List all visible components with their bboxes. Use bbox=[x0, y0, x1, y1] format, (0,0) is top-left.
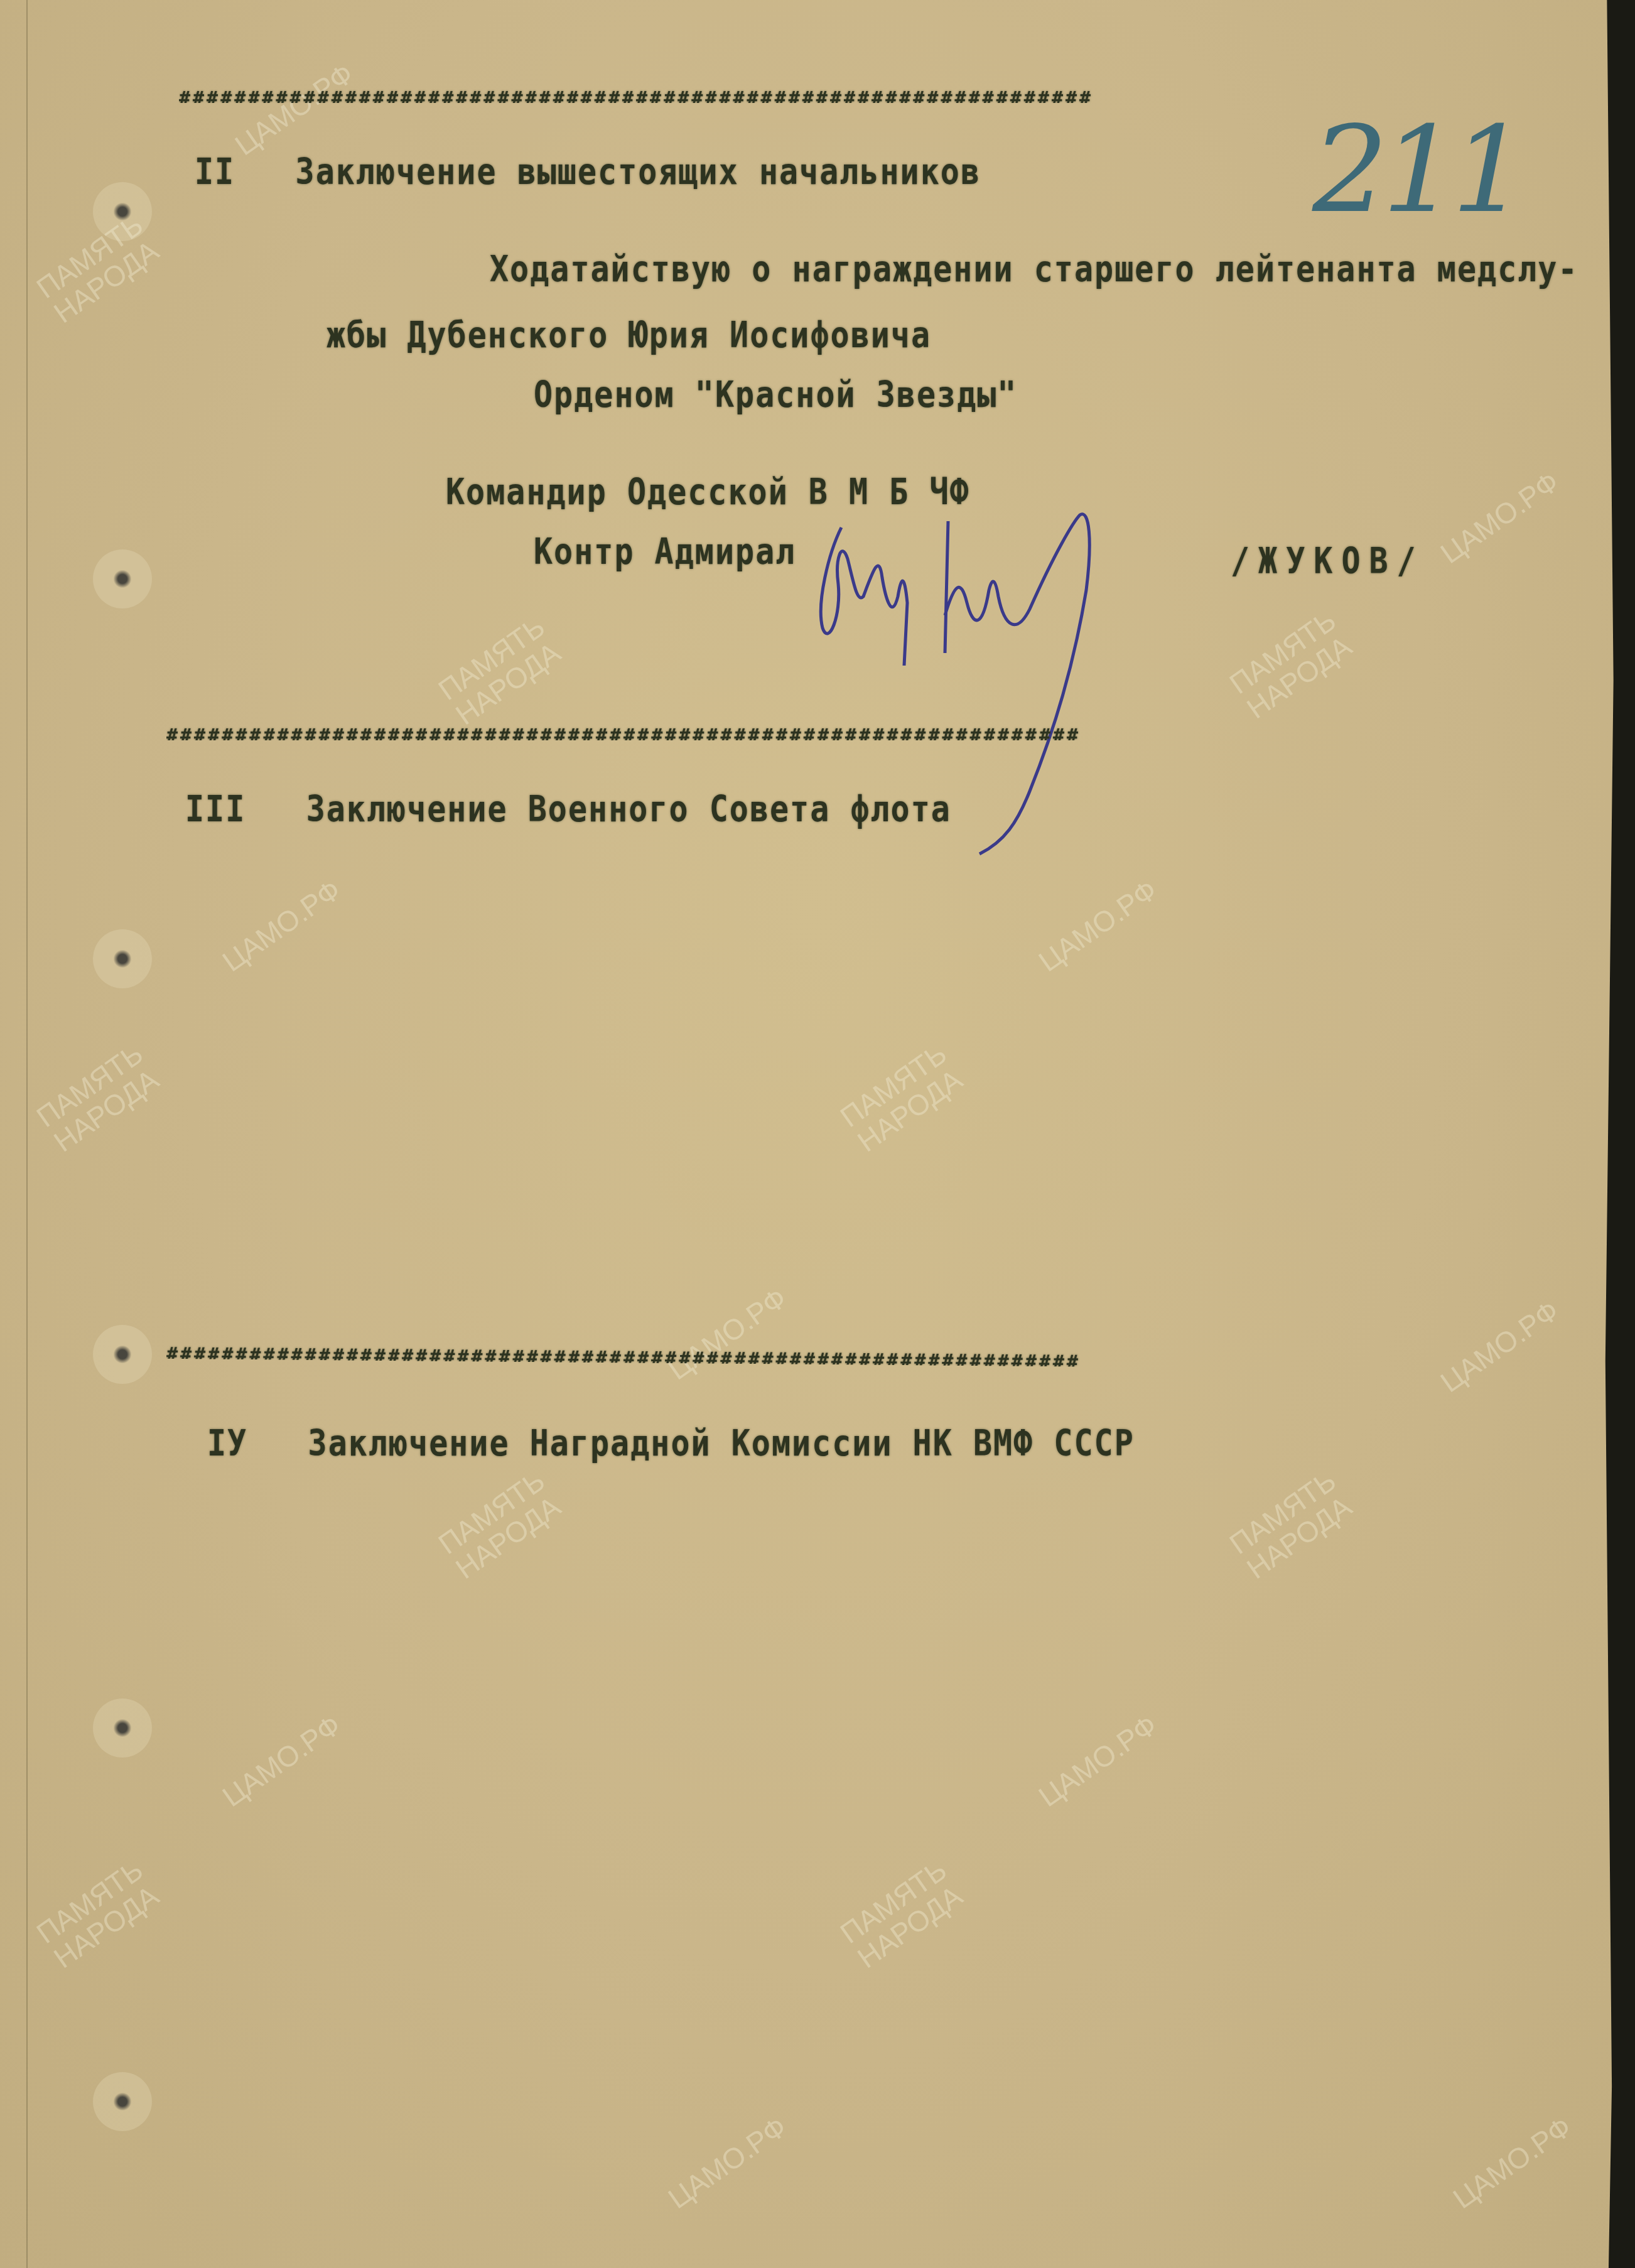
watermark-archive: ЦАМО.РФ bbox=[230, 58, 359, 161]
watermark-project: ПАМЯТЬНАРОДА bbox=[1224, 1465, 1359, 1584]
punch-hole bbox=[112, 568, 133, 590]
punch-hole bbox=[112, 1717, 133, 1739]
watermark-archive: ЦАМО.РФ bbox=[217, 1709, 346, 1812]
watermark-archive: ЦАМО.РФ bbox=[217, 874, 346, 977]
watermark-project: ПАМЯТЬНАРОДА bbox=[433, 1465, 568, 1584]
petition-line-2: жбы Дубенского Юрия Иосифовича bbox=[326, 314, 931, 356]
page-number: 211 bbox=[1312, 100, 1521, 239]
punch-hole bbox=[112, 1344, 133, 1365]
watermark-archive: ЦАМО.РФ bbox=[1033, 1709, 1162, 1812]
signatory-name: /ЖУКОВ/ bbox=[1231, 540, 1425, 582]
section-title: Заключение Военного Совета флота bbox=[306, 788, 951, 830]
watermark-archive: ЦАМО.РФ bbox=[663, 2111, 792, 2214]
watermark-archive: ЦАМО.РФ bbox=[1448, 2111, 1577, 2214]
section-title: Заключение вышестоящих начальников bbox=[296, 151, 981, 193]
watermark-project: ПАМЯТЬНАРОДА bbox=[31, 1038, 166, 1157]
section-ii-heading: II Заключение вышестоящих начальников bbox=[195, 151, 981, 193]
fold-line bbox=[26, 0, 28, 2268]
watermark-archive: ЦАМО.РФ bbox=[1435, 466, 1564, 569]
separator-line: ########################################… bbox=[166, 725, 1611, 740]
section-numeral: II bbox=[195, 151, 235, 193]
section-numeral: III bbox=[185, 788, 246, 830]
watermark-project: ПАМЯТЬНАРОДА bbox=[1224, 605, 1359, 724]
watermark-archive: ЦАМО.РФ bbox=[1033, 874, 1162, 977]
watermark-archive: ЦАМО.РФ bbox=[1435, 1295, 1564, 1398]
separator-line: ########################################… bbox=[166, 1344, 1629, 1371]
signatory-rank: Контр Адмирал bbox=[534, 531, 796, 573]
section-numeral: IУ bbox=[207, 1422, 247, 1464]
watermark-archive: ЦАМО.РФ bbox=[663, 1282, 792, 1385]
watermark-project: ПАМЯТЬНАРОДА bbox=[835, 1038, 969, 1157]
watermark-project: ПАМЯТЬНАРОДА bbox=[433, 611, 568, 730]
section-iii-heading: III Заключение Военного Совета флота bbox=[185, 788, 951, 830]
document-page: ЦАМО.РФ ПАМЯТЬНАРОДА ПАМЯТЬНАРОДА ПАМЯТЬ… bbox=[0, 0, 1620, 2268]
punch-hole bbox=[112, 2091, 133, 2112]
section-iv-heading: IУ Заключение Наградной Комиссии НК ВМФ … bbox=[207, 1422, 1135, 1464]
petition-line-1: Ходатайствую о награждении старшего лейт… bbox=[490, 248, 1578, 290]
punch-hole bbox=[112, 948, 133, 969]
watermark-project: ПАМЯТЬНАРОДА bbox=[31, 1854, 166, 1974]
petition-line-3: Орденом "Красной Звезды" bbox=[534, 374, 1017, 416]
watermark-project: ПАМЯТЬНАРОДА bbox=[835, 1854, 969, 1974]
section-title: Заключение Наградной Комиссии НК ВМФ ССС… bbox=[308, 1422, 1135, 1464]
